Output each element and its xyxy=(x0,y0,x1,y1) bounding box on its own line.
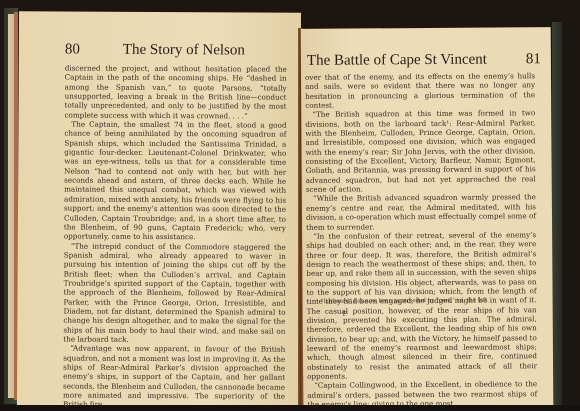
signature-mark: F xyxy=(343,311,347,318)
paragraph: over that of the enemy, and its effects … xyxy=(305,71,535,110)
paragraph: “In the confusion of their retreat, seve… xyxy=(306,230,537,381)
paragraph: The Captain, the smallest 74 in the flee… xyxy=(64,120,287,243)
paragraph: “While the British advanced squadron war… xyxy=(306,193,536,232)
right-page: The Battle of Cape St Vincent 81 over th… xyxy=(301,27,554,407)
table-surface xyxy=(0,405,580,411)
left-page-header: 80 The Story of Nelson xyxy=(19,41,301,42)
page-number: 80 xyxy=(65,42,80,59)
running-title: The Story of Nelson xyxy=(123,42,245,60)
left-page-body: discerned the project, and without hesit… xyxy=(63,64,287,411)
left-page: 80 The Story of Nelson discerned the pro… xyxy=(17,11,301,406)
right-page-header: The Battle of Cape St Vincent 81 xyxy=(301,51,551,53)
paragraph: discerned the project, and without hesit… xyxy=(64,64,286,121)
book-cover-right xyxy=(552,22,562,407)
running-title: The Battle of Cape St Vincent xyxy=(307,52,487,70)
paragraph: “The intrepid conduct of the Commodore s… xyxy=(63,241,286,345)
right-page-body: over that of the enemy, and its effects … xyxy=(305,71,537,409)
page-number: 81 xyxy=(526,51,541,68)
paragraph: “Advantage was now apparent, in favour o… xyxy=(63,344,285,411)
paragraph: “The British squadron at this time was f… xyxy=(305,109,536,195)
